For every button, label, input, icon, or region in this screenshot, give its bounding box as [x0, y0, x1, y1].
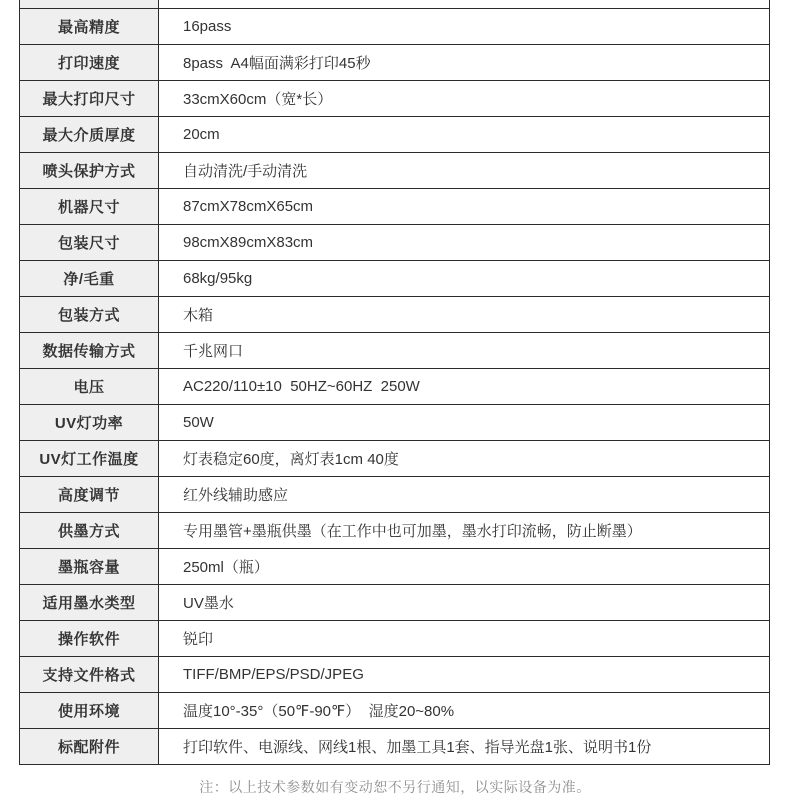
spec-value: 木箱	[159, 297, 770, 333]
spec-value: 自动清洗/手动清洗	[159, 153, 770, 189]
spec-value: 温度10°-35°（50℉-90℉） 湿度20~80%	[159, 693, 770, 729]
spec-label: UV灯工作温度	[20, 441, 159, 477]
spec-label: 包装尺寸	[20, 225, 159, 261]
spec-row: 喷头保护方式 自动清洗/手动清洗	[20, 153, 770, 189]
spec-label: 电压	[20, 369, 159, 405]
spec-row: 包装尺寸 98cmX89cmX83cm	[20, 225, 770, 261]
spec-value: TIFF/BMP/EPS/PSD/JPEG	[159, 657, 770, 693]
spec-row: 最大介质厚度 20cm	[20, 117, 770, 153]
spec-row: 标配附件 打印软件、电源线、网线1根、加墨工具1套、指导光盘1张、说明书1份	[20, 729, 770, 765]
spec-label: 标配附件	[20, 729, 159, 765]
spec-label: 最高精度	[20, 9, 159, 45]
spec-label: 最大打印尺寸	[20, 81, 159, 117]
spec-row: 电压 AC220/110±10 50HZ~60HZ 250W	[20, 369, 770, 405]
spec-label: 打印速度	[20, 45, 159, 81]
footer-note: 注：以上技术参数如有变动恕不另行通知，以实际设备为准。	[0, 777, 790, 797]
spec-value: UV墨水	[159, 585, 770, 621]
spec-value: 68kg/95kg	[159, 261, 770, 297]
spec-row: 使用环境 温度10°-35°（50℉-90℉） 湿度20~80%	[20, 693, 770, 729]
spec-row: 包装方式 木箱	[20, 297, 770, 333]
spec-row: 支持文件格式 TIFF/BMP/EPS/PSD/JPEG	[20, 657, 770, 693]
spec-row: 数据传输方式 千兆网口	[20, 333, 770, 369]
spec-label: 高度调节	[20, 477, 159, 513]
spec-label: 净/毛重	[20, 261, 159, 297]
spec-row: 最大打印尺寸 33cmX60cm（宽*长）	[20, 81, 770, 117]
spec-label: 操作软件	[20, 621, 159, 657]
spec-row: 打印速度 8pass A4幅面满彩打印45秒	[20, 45, 770, 81]
spec-label: 包装方式	[20, 297, 159, 333]
spec-value: 红外线辅助感应	[159, 477, 770, 513]
spec-row: 机器尺寸 87cmX78cmX65cm	[20, 189, 770, 225]
spec-value: 8pass A4幅面满彩打印45秒	[159, 45, 770, 81]
spec-value: 专用墨管+墨瓶供墨（在工作中也可加墨，墨水打印流畅，防止断墨）	[159, 513, 770, 549]
spec-row: 供墨方式 专用墨管+墨瓶供墨（在工作中也可加墨，墨水打印流畅，防止断墨）	[20, 513, 770, 549]
spec-value: 250ml（瓶）	[159, 549, 770, 585]
spec-value: AC220/110±10 50HZ~60HZ 250W	[159, 369, 770, 405]
spec-label: 供墨方式	[20, 513, 159, 549]
spec-row: 墨瓶容量 250ml（瓶）	[20, 549, 770, 585]
spec-label: 数据传输方式	[20, 333, 159, 369]
spec-label: 墨瓶容量	[20, 549, 159, 585]
spec-row: 适用墨水类型 UV墨水	[20, 585, 770, 621]
spec-table-container: 最高精度 16pass 打印速度 8pass A4幅面满彩打印45秒 最大打印尺…	[19, 0, 770, 765]
spec-label-partial	[20, 0, 159, 9]
spec-label: 支持文件格式	[20, 657, 159, 693]
spec-value: 20cm	[159, 117, 770, 153]
spec-row: UV灯功率 50W	[20, 405, 770, 441]
spec-label: 机器尺寸	[20, 189, 159, 225]
spec-label: UV灯功率	[20, 405, 159, 441]
spec-value: 打印软件、电源线、网线1根、加墨工具1套、指导光盘1张、说明书1份	[159, 729, 770, 765]
spec-row: 最高精度 16pass	[20, 9, 770, 45]
spec-row: 操作软件 锐印	[20, 621, 770, 657]
spec-row-partial	[20, 0, 770, 9]
spec-label: 适用墨水类型	[20, 585, 159, 621]
spec-row: 净/毛重 68kg/95kg	[20, 261, 770, 297]
spec-value-partial	[159, 0, 770, 9]
spec-value: 33cmX60cm（宽*长）	[159, 81, 770, 117]
spec-table: 最高精度 16pass 打印速度 8pass A4幅面满彩打印45秒 最大打印尺…	[19, 0, 770, 765]
spec-value: 锐印	[159, 621, 770, 657]
spec-table-body: 最高精度 16pass 打印速度 8pass A4幅面满彩打印45秒 最大打印尺…	[20, 0, 770, 765]
spec-value: 87cmX78cmX65cm	[159, 189, 770, 225]
spec-value: 灯表稳定60度，离灯表1cm 40度	[159, 441, 770, 477]
spec-row: 高度调节 红外线辅助感应	[20, 477, 770, 513]
spec-value: 16pass	[159, 9, 770, 45]
spec-row: UV灯工作温度 灯表稳定60度，离灯表1cm 40度	[20, 441, 770, 477]
spec-label: 最大介质厚度	[20, 117, 159, 153]
spec-label: 喷头保护方式	[20, 153, 159, 189]
spec-value: 千兆网口	[159, 333, 770, 369]
spec-value: 98cmX89cmX83cm	[159, 225, 770, 261]
spec-value: 50W	[159, 405, 770, 441]
spec-label: 使用环境	[20, 693, 159, 729]
